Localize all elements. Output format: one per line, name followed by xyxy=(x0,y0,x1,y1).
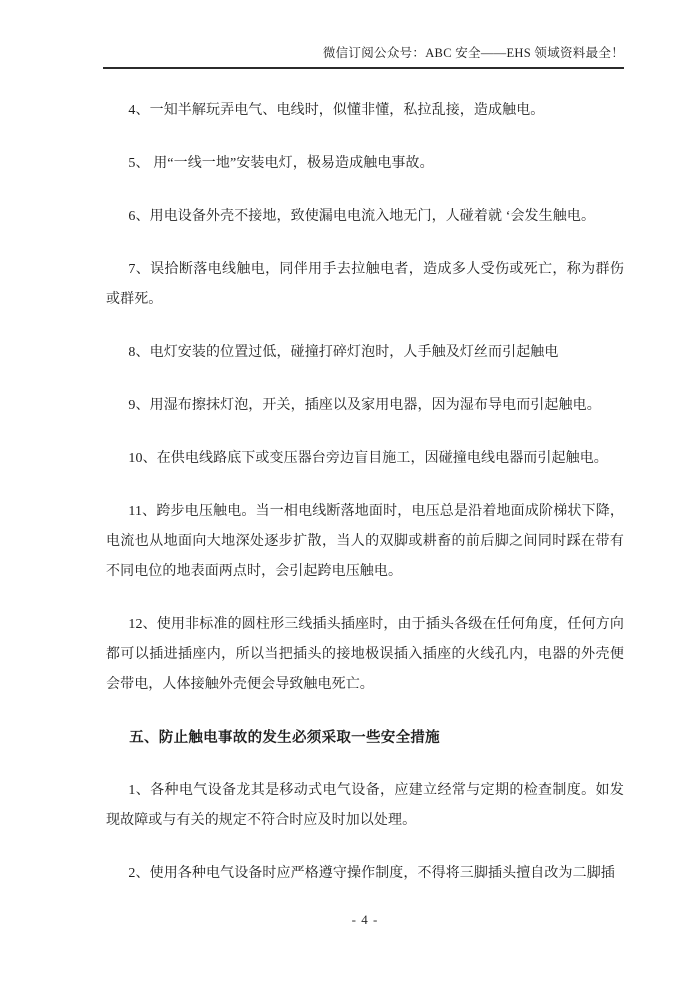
page-number: - 4 - xyxy=(352,912,379,927)
paragraph-item-4: 4、一知半解玩弄电气、电线时，似懂非懂，私拉乱接，造成触电。 xyxy=(106,96,624,126)
paragraph-item-5: 5、 用“一线一地”安装电灯，极易造成触电事故。 xyxy=(106,149,624,179)
page-header: 微信订阅公众号：ABC 安全——EHS 领域资料最全！ xyxy=(103,44,624,69)
paragraph-item-10: 10、在供电线路底下或变压器台旁边盲目施工，因碰撞电线电器而引起触电。 xyxy=(106,444,624,474)
document-page: 微信订阅公众号：ABC 安全——EHS 领域资料最全！ 4、一知半解玩弄电气、电… xyxy=(0,0,700,990)
paragraph-item-11: 11、跨步电压触电。当一相电线断落地面时，电压总是沿着地面成阶梯状下降，电流也从… xyxy=(106,497,624,587)
section-paragraph-2: 2、使用各种电气设备时应严格遵守操作制度，不得将三脚插头擅自改为二脚插 xyxy=(106,859,624,889)
paragraph-item-6: 6、用电设备外壳不接地，致使漏电电流入地无门，人碰着就 ‘会发生触电。 xyxy=(106,202,624,232)
header-text: 微信订阅公众号：ABC 安全——EHS 领域资料最全！ xyxy=(323,46,624,60)
paragraph-item-8: 8、电灯安装的位置过低，碰撞打碎灯泡时，人手触及灯丝而引起触电 xyxy=(106,338,624,368)
section-paragraph-1: 1、各种电气设备龙其是移动式电气设备，应建立经常与定期的检查制度。如发现故障或与… xyxy=(106,776,624,836)
page-footer: - 4 - xyxy=(106,912,624,928)
paragraph-item-7: 7、误拾断落电线触电，同伴用手去拉触电者，造成多人受伤或死亡，称为群伤或群死。 xyxy=(106,255,624,315)
section-heading: 五、防止触电事故的发生必须采取一些安全措施 xyxy=(106,723,624,753)
paragraph-item-12: 12、使用非标准的圆柱形三线插头插座时，由于插头各级在任何角度，任何方向都可以插… xyxy=(106,610,624,700)
paragraph-item-9: 9、用湿布擦抹灯泡，开关，插座以及家用电器，因为湿布导电而引起触电。 xyxy=(106,391,624,421)
document-body: 4、一知半解玩弄电气、电线时，似懂非懂，私拉乱接，造成触电。 5、 用“一线一地… xyxy=(106,96,624,912)
